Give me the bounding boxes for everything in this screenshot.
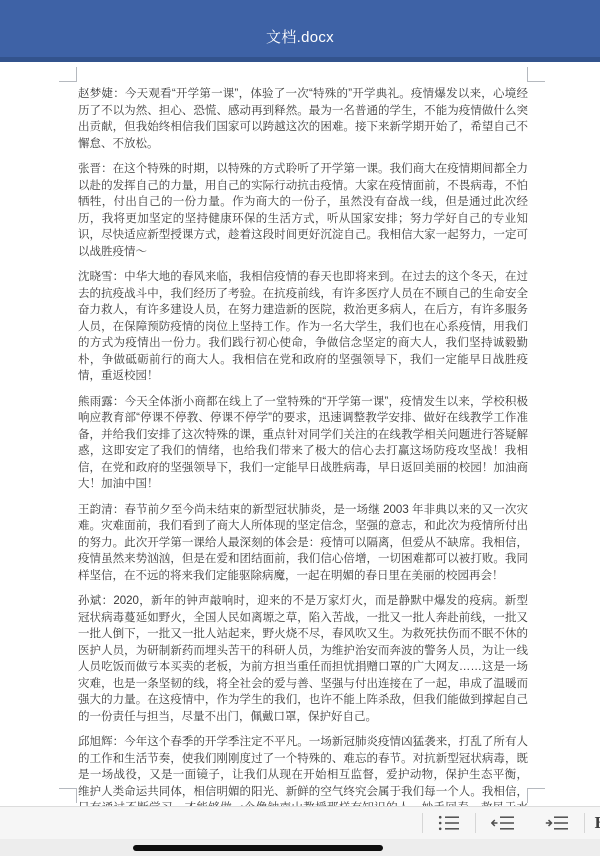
indent-decrease-icon	[491, 814, 515, 832]
indent-decrease-button[interactable]	[476, 807, 530, 840]
title-bar: 文档.docx	[0, 0, 600, 62]
doc-paragraph[interactable]: 王韵清：春节前夕至今尚未结束的新型冠状肺炎，是一场继 2003 年非典以来的又一…	[78, 502, 528, 585]
formatting-toolbar: B	[0, 806, 600, 839]
doc-paragraph[interactable]: 张晋：在这个特殊的时期，以特殊的方式聆听了开学第一课。我们商大在疫情期间都全力以…	[78, 161, 528, 260]
doc-paragraph[interactable]: 熊雨露：今天全体浙小商都在线上了一堂特殊的“开学第一课”，疫情发生以来，学校积极…	[78, 394, 528, 493]
indent-increase-button[interactable]	[530, 807, 584, 840]
doc-paragraph[interactable]: 赵梦婕：今天观看“开学第一课”，体验了一次“特殊的”开学典礼。疫情爆发以来，心境…	[78, 86, 528, 152]
margin-mark-top-right	[527, 67, 545, 82]
doc-paragraph[interactable]: 邱旭辉：今年这个春季的开学季注定不平凡。一场新冠肺炎疫情凶猛袭来，打乱了所有人的…	[78, 734, 528, 806]
bold-button[interactable]: B	[585, 807, 600, 840]
doc-paragraph[interactable]: 沈晓雪：中华大地的春风来临，我相信疫情的春天也即将来到。在过去的这个冬天，在过去…	[78, 269, 528, 385]
document-text[interactable]: 赵梦婕：今天观看“开学第一课”，体验了一次“特殊的”开学典礼。疫情爆发以来，心境…	[78, 86, 528, 806]
bold-icon: B	[595, 813, 600, 833]
bullet-list-button[interactable]	[423, 807, 475, 840]
document-page[interactable]: 赵梦婕：今天观看“开学第一课”，体验了一次“特殊的”开学典礼。疫情爆发以来，心境…	[0, 62, 600, 806]
indent-increase-icon	[545, 814, 569, 832]
margin-mark-top-left	[59, 67, 77, 82]
document-title: 文档.docx	[266, 26, 334, 57]
bullet-list-icon	[438, 814, 460, 832]
margin-mark-bottom-left	[59, 788, 77, 803]
home-indicator[interactable]	[133, 845, 383, 851]
doc-paragraph[interactable]: 孙斌：2020，新年的钟声敲响时，迎来的不是万家灯火，而是静默中爆发的疫病。新型…	[78, 593, 528, 725]
margin-mark-bottom-right	[527, 788, 545, 803]
